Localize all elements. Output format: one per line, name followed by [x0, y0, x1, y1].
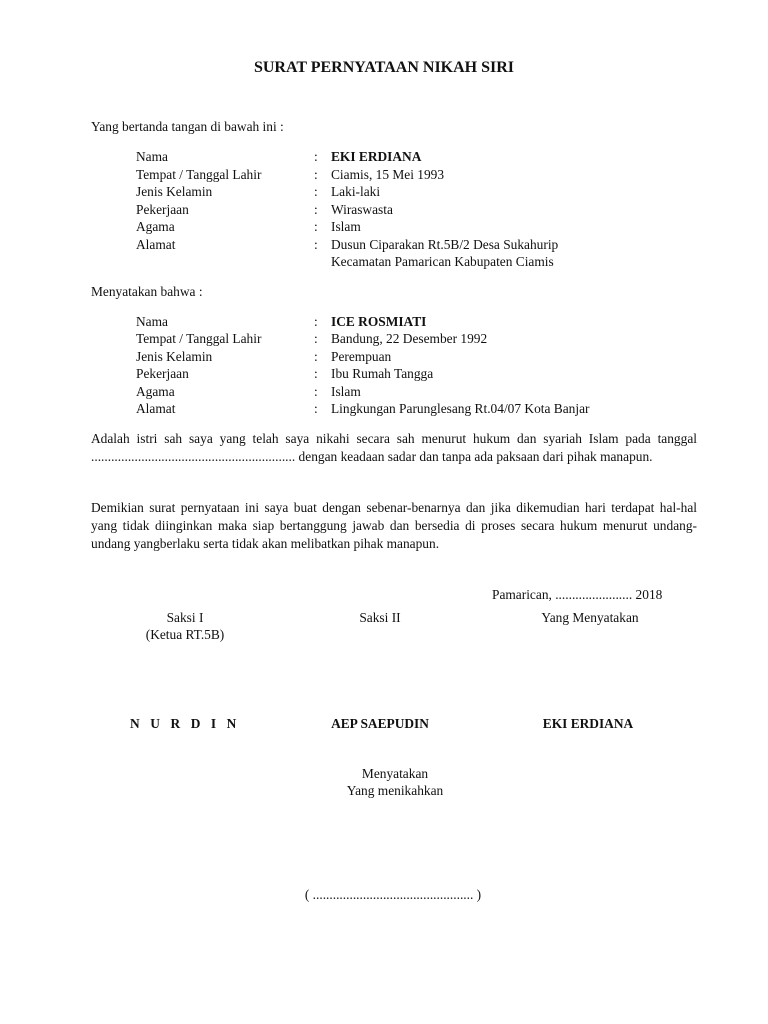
declarant-title: Yang Menyatakan	[500, 609, 680, 627]
p2-label-religion: Agama	[136, 383, 175, 401]
p2-colon: :	[314, 383, 318, 401]
p1-value-gender: Laki-laki	[331, 183, 380, 201]
p2-colon: :	[314, 365, 318, 383]
p1-value-ttl: Ciamis, 15 Mei 1993	[331, 166, 444, 184]
witness2-title: Saksi II	[310, 609, 450, 627]
p1-colon: :	[314, 148, 318, 166]
p2-label-nama: Nama	[136, 313, 168, 331]
p1-label-address: Alamat	[136, 236, 175, 254]
officiant-line1: Menyatakan	[0, 765, 768, 783]
p2-colon: :	[314, 348, 318, 366]
p2-colon: :	[314, 400, 318, 418]
p1-colon: :	[314, 166, 318, 184]
document-title: SURAT PERNYATAAN NIKAH SIRI	[0, 59, 768, 77]
p1-value-nama: EKI ERDIANA	[331, 148, 421, 166]
witness1-title: Saksi I	[115, 609, 255, 627]
p2-label-ttl: Tempat / Tanggal Lahir	[136, 330, 261, 348]
p2-value-ttl: Bandung, 22 Desember 1992	[331, 330, 487, 348]
p2-value-gender: Perempuan	[331, 348, 391, 366]
p2-label-job: Pekerjaan	[136, 365, 189, 383]
p2-value-nama: ICE ROSMIATI	[331, 313, 426, 331]
p1-label-ttl: Tempat / Tanggal Lahir	[136, 166, 261, 184]
p2-colon: :	[314, 330, 318, 348]
intro-text: Yang bertanda tangan di bawah ini :	[91, 118, 284, 136]
p1-label-religion: Agama	[136, 218, 175, 236]
p1-value-address: Dusun Ciparakan Rt.5B/2 Desa Sukahurip	[331, 236, 558, 254]
p2-colon: :	[314, 313, 318, 331]
p1-value-religion: Islam	[331, 218, 361, 236]
p1-colon: :	[314, 218, 318, 236]
witness1-subtitle: (Ketua RT.5B)	[115, 626, 255, 644]
statement-paragraph: Adalah istri sah saya yang telah saya ni…	[91, 430, 697, 466]
p2-label-address: Alamat	[136, 400, 175, 418]
p1-label-gender: Jenis Kelamin	[136, 183, 212, 201]
p1-colon: :	[314, 183, 318, 201]
p1-value-address-line2: Kecamatan Pamarican Kabupaten Ciamis	[331, 253, 554, 271]
witness2-name: AEP SAEPUDIN	[300, 715, 460, 733]
p1-colon: :	[314, 236, 318, 254]
p2-value-job: Ibu Rumah Tangga	[331, 365, 433, 383]
officiant-line2: Yang menikahkan	[0, 782, 768, 800]
declares-text: Menyatakan bahwa :	[91, 283, 203, 301]
closing-paragraph: Demikian surat pernyataan ini saya buat …	[91, 499, 697, 552]
officiant-signature-blank: ( ......................................…	[0, 886, 768, 904]
p1-colon: :	[314, 201, 318, 219]
witness1-name: N U R D I N	[110, 715, 260, 733]
place-date: Pamarican, ....................... 2018	[492, 586, 662, 604]
declarant-name: EKI ERDIANA	[508, 715, 668, 733]
p2-value-religion: Islam	[331, 383, 361, 401]
p1-label-nama: Nama	[136, 148, 168, 166]
p1-label-job: Pekerjaan	[136, 201, 189, 219]
p2-value-address: Lingkungan Parunglesang Rt.04/07 Kota Ba…	[331, 400, 589, 418]
p2-label-gender: Jenis Kelamin	[136, 348, 212, 366]
p1-value-job: Wiraswasta	[331, 201, 393, 219]
